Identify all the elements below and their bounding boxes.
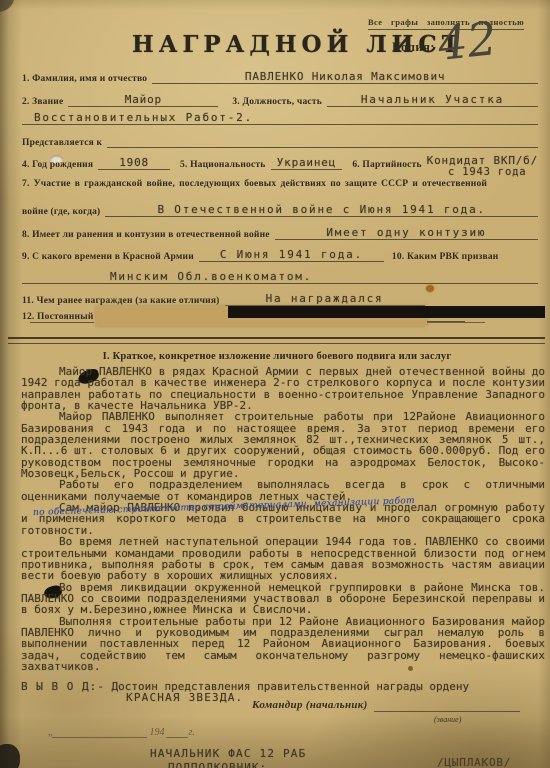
predstav-blank-line [107, 135, 538, 148]
chief-title: НАЧАЛЬНИК ФАС 12 РАБ [150, 747, 306, 760]
corner-stain-top-left [0, 0, 14, 12]
commander-signature-line [374, 701, 520, 712]
field-4-label: 4. Год рождения [22, 160, 98, 170]
commander-label: Командир (начальник) [252, 699, 368, 711]
award-name: КРАСНАЯ ЗВЕЗДА. [126, 691, 243, 704]
field-10-label: 10. Каким РВК призван [384, 252, 504, 262]
field-row-2-3: 2. Звание Майор 3. Должность, часть Нача… [22, 93, 538, 107]
field-1-value: ПАВЛЕНКО Николая Максимович [152, 70, 538, 84]
citation-paragraph: Во время летней наступательной операции … [21, 536, 545, 581]
chief-rank: ПОДПОЛКОВНИК: [168, 761, 267, 768]
field-6-value-line2: с 1943 года [448, 166, 526, 178]
field-6-label: 6. Партийность [342, 160, 426, 170]
field-9-value: С Июня 1941 года. [199, 248, 384, 262]
award-sheet-scan: { "page": { "instruction": "Все графы за… [0, 0, 550, 768]
field-5-label: 5. Национальность [170, 160, 271, 170]
date-year-suffix: г. [188, 727, 194, 738]
citation-paragraph: Работы его подразделением выполнялась вс… [21, 479, 545, 502]
chief-name: /ЦЫПЛАКОВ/ [437, 756, 511, 768]
rank-hint: (звание) [434, 715, 461, 724]
field-row-1: 1. Фамилия, имя и отчество ПАВЛЕНКО Нико… [22, 70, 538, 84]
field-3-value-line1: Начальник Участка [327, 93, 538, 107]
field-7-label-line2: войне (где, когда) [22, 207, 105, 217]
field-row-9-10: 9. С какого времени в Красной Армии С Ию… [22, 248, 538, 262]
field-1-label: 1. Фамилия, имя и отчество [22, 74, 152, 84]
section-divider-rule [8, 337, 545, 344]
copy-number-handwritten: 42 [435, 11, 499, 71]
section-1-heading: I. Краткое, конкретное изложение личного… [22, 351, 532, 362]
address-underline-left [30, 312, 94, 323]
field-row-8: 8. Имеет ли ранения и контузии в отечест… [22, 226, 538, 240]
field-5-value: Украинец [271, 156, 343, 170]
date-blank-1 [52, 727, 147, 738]
field-7-label-line1: 7. Участие в гражданской войне, последую… [22, 179, 492, 189]
corner-ink-blot-bottom-left [0, 744, 20, 768]
citation-paragraph: Выполняя строительные работы при 12 Райо… [21, 616, 545, 673]
field-2-label: 2. Звание [22, 97, 68, 107]
date-line: „ 194 г. [48, 727, 195, 738]
field-7-value: В Отечественной войне с Июня 1941 года. [105, 203, 538, 217]
redaction-bar [228, 306, 545, 318]
field-10-value: Минским Обл.военкоматом. [22, 270, 538, 284]
field-row-predstav: Представляется к [22, 135, 538, 148]
citation-paragraph: Во время ликвидации окруженной немецкой … [21, 582, 545, 616]
field-8-value: Имеет одну контузию [275, 226, 538, 240]
field-row-10b: Минским Обл.военкоматом. [22, 270, 538, 284]
field-row-7b: войне (где, когда) В Отечественной войне… [22, 203, 538, 217]
field-row-3b: Восстановительных Работ-2. [22, 111, 538, 125]
rust-spot-1 [426, 285, 434, 292]
field-row-7a: 7. Участие в гражданской войне, последую… [22, 179, 538, 189]
field-8-label: 8. Имеет ли ранения и контузии в отечест… [22, 230, 275, 240]
conclusion-label: В Ы В О Д:- [21, 680, 105, 693]
date-year: 194 [147, 727, 166, 738]
copy-label: Копия: [392, 40, 435, 55]
citation-body: Майор ПАВЛЕНКО в рядах Красной Армии с п… [21, 366, 545, 672]
date-blank-2 [166, 727, 188, 738]
field-4-value: 1908 [98, 156, 170, 170]
citation-paragraph: Майор ПАВЛЕНКО в рядах Красной Армии с п… [21, 366, 545, 411]
predstav-label: Представляется к [22, 138, 107, 148]
field-3-value-line2: Восстановительных Работ-2. [22, 111, 538, 125]
citation-paragraph: Майор ПАВЛЕНКО выполняет строительные ра… [21, 411, 545, 479]
field-9-label: 9. С какого времени в Красной Армии [22, 252, 199, 262]
field-2-value: Майор [68, 93, 218, 107]
field-3-label: 3. Должность, часть [218, 97, 327, 107]
